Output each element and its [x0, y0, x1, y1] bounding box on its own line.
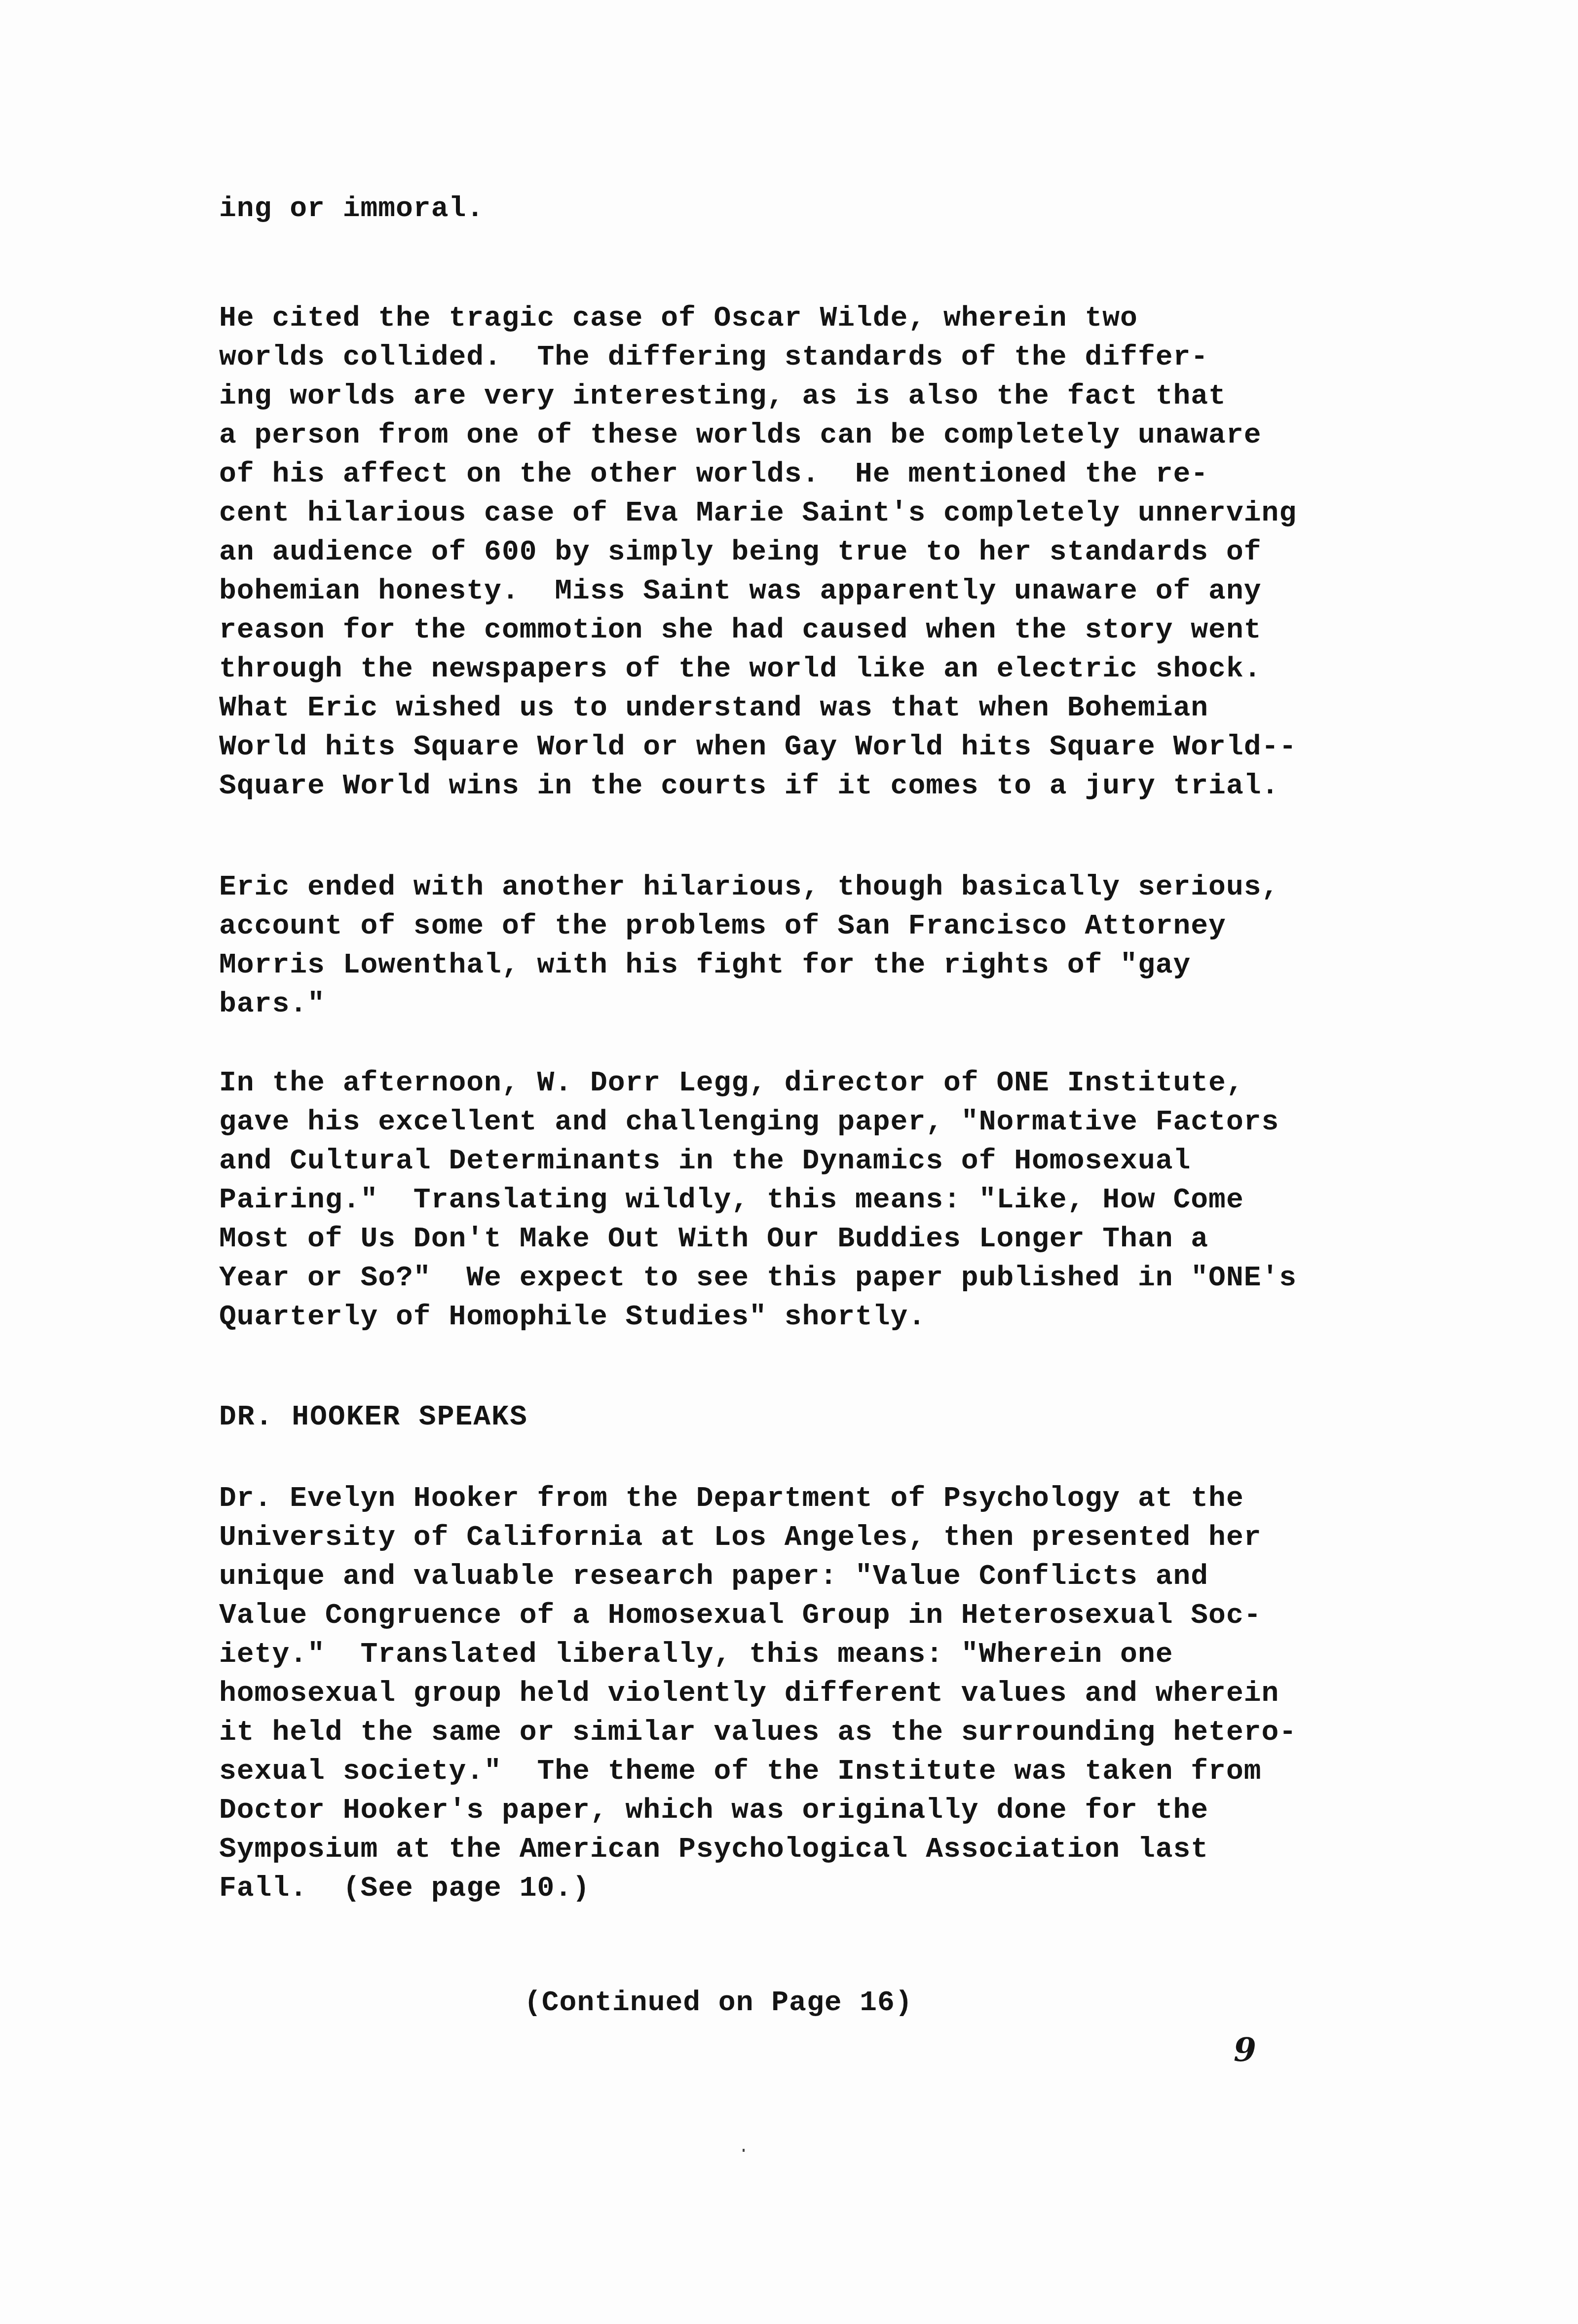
text-line: University of California at Los Angeles,…	[219, 1522, 1262, 1554]
text-line: Value Congruence of a Homosexual Group i…	[219, 1600, 1262, 1632]
text-line: Doctor Hooker's paper, which was origina…	[219, 1795, 1208, 1827]
document-page: ing or immoral.He cited the tragic case …	[0, 0, 1578, 2324]
text-line: of his affect on the other worlds. He me…	[219, 459, 1208, 490]
text-line: Dr. Evelyn Hooker from the Department of…	[219, 1483, 1244, 1515]
section-heading: DR. HOOKER SPEAKS	[219, 1402, 528, 1433]
text-line: an audience of 600 by simply being true …	[219, 537, 1262, 568]
text-line: ing worlds are very interesting, as is a…	[219, 381, 1226, 412]
paper-speck	[743, 2149, 745, 2152]
text-line: reason for the commotion she had caused …	[219, 615, 1262, 646]
text-line: sexual society." The theme of the Instit…	[219, 1756, 1262, 1788]
text-line: cent hilarious case of Eva Marie Saint's…	[219, 498, 1297, 529]
text-line: World hits Square World or when Gay Worl…	[219, 732, 1297, 763]
text-line: Eric ended with another hilarious, thoug…	[219, 872, 1279, 903]
text-line: Quarterly of Homophile Studies" shortly.	[219, 1302, 926, 1333]
text-line: Symposium at the American Psychological …	[219, 1834, 1208, 1866]
text-line: through the newspapers of the world like…	[219, 654, 1262, 685]
text-line: and Cultural Determinants in the Dynamic…	[219, 1146, 1191, 1177]
text-line: worlds collided. The differing standards…	[219, 342, 1208, 374]
text-line: Pairing." Translating wildly, this means…	[219, 1185, 1244, 1216]
text-line: He cited the tragic case of Oscar Wilde,…	[219, 303, 1138, 335]
text-line: account of some of the problems of San F…	[219, 911, 1226, 942]
text-line: Square World wins in the courts if it co…	[219, 771, 1279, 802]
text-line: gave his excellent and challenging paper…	[219, 1107, 1279, 1138]
continuation-note: (Continued on Page 16)	[524, 1987, 913, 2019]
text-line: Morris Lowenthal, with his fight for the…	[219, 950, 1191, 981]
text-line: homosexual group held violently differen…	[219, 1678, 1279, 1710]
text-line: Year or So?" We expect to see this paper…	[219, 1263, 1297, 1294]
text-line: bohemian honesty. Miss Saint was apparen…	[219, 576, 1262, 607]
text-line: What Eric wished us to understand was th…	[219, 693, 1208, 724]
text-line: In the afternoon, W. Dorr Legg, director…	[219, 1068, 1244, 1099]
text-line: iety." Translated liberally, this means:…	[219, 1639, 1173, 1671]
page-number: 9	[1234, 2030, 1256, 2069]
text-line: Fall. (See page 10.)	[219, 1873, 590, 1905]
text-line: ing or immoral.	[219, 193, 484, 225]
text-line: Most of Us Don't Make Out With Our Buddi…	[219, 1224, 1208, 1255]
text-line: it held the same or similar values as th…	[219, 1717, 1297, 1749]
text-line: unique and valuable research paper: "Val…	[219, 1561, 1208, 1593]
text-line: a person from one of these worlds can be…	[219, 420, 1262, 451]
text-line: bars."	[219, 989, 325, 1020]
